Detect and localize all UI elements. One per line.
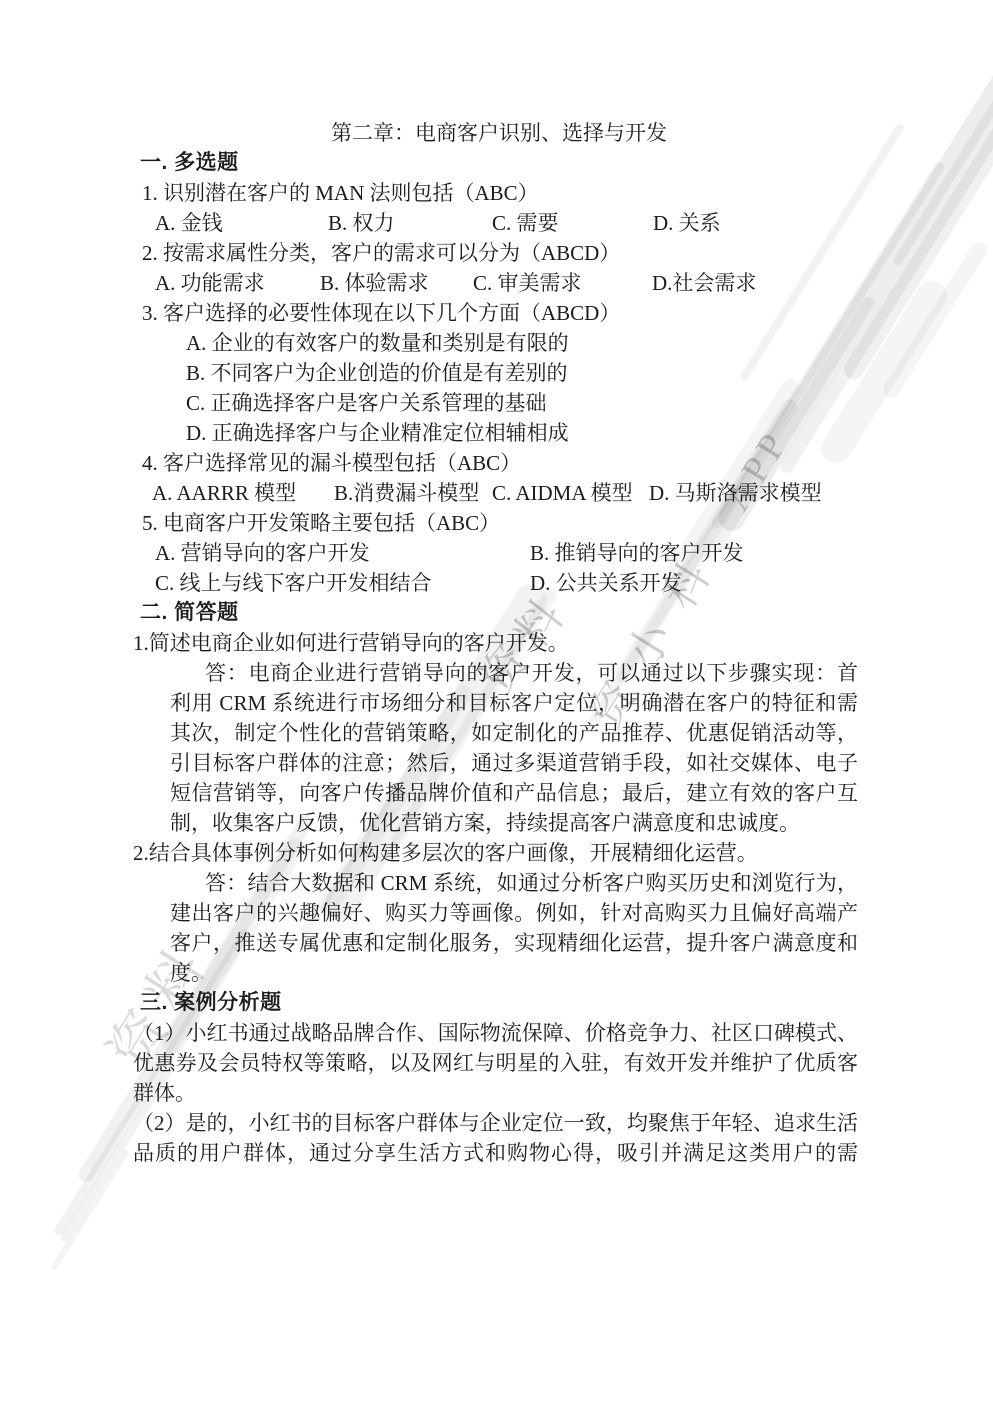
answer-line: 其次，制定个性化的营销策略，如定制化的产品推荐、优惠促销活动等，以吸	[170, 718, 858, 748]
question-stem: 2. 按需求属性分类，客户的需求可以分为（ABCD）	[142, 238, 858, 268]
question-stem: 5. 电商客户开发策略主要包括（ABC）	[142, 508, 858, 538]
case-line: 品质的用户群体，通过分享生活方式和购物心得，吸引并满足这类用户的需求。	[133, 1138, 858, 1168]
question-stem: 3. 客户选择的必要性体现在以下几个方面（ABCD）	[142, 298, 858, 328]
question-stem: 4. 客户选择常见的漏斗模型包括（ABC）	[142, 448, 858, 478]
answer-line: 利用 CRM 系统进行市场细分和目标客户定位，明确潜在客户的特征和需求；	[170, 688, 858, 718]
option: A. 营销导向的客户开发	[155, 538, 530, 568]
option: C. 线上与线下客户开发相结合	[155, 568, 530, 598]
document-body: 第二章：电商客户识别、选择与开发 一. 多选题 1. 识别潜在客户的 MAN 法…	[140, 118, 858, 1168]
option: C. 审美需求	[473, 268, 652, 298]
answer-line: 答：结合大数据和 CRM 系统，如通过分析客户购买历史和浏览行为，构	[205, 868, 858, 898]
watermark-streak	[50, 1149, 129, 1271]
question-options: A. 功能需求 B. 体验需求 C. 审美需求 D.社会需求	[155, 268, 858, 298]
option: C. 需要	[492, 208, 653, 238]
option: D. 关系	[653, 208, 721, 238]
option: D. 正确选择客户与企业精准定位相辅相成	[186, 418, 858, 448]
option: D. 马斯洛需求模型	[649, 478, 822, 508]
answer-line: 答：电商企业进行营销导向的客户开发，可以通过以下步骤实现：首先，	[205, 658, 858, 688]
option: B. 不同客户为企业创造的价值是有差别的	[186, 358, 858, 388]
question-options: A. 金钱 B. 权力 C. 需要 D. 关系	[155, 208, 858, 238]
watermark-streak	[840, 67, 993, 383]
section3-heading: 三. 案例分析题	[140, 988, 858, 1018]
option: B.消费漏斗模型	[334, 478, 492, 508]
document-page: 资料 资小科 APP 资料 第二章：电商客户识别、选择与开发 一. 多选题 1.…	[0, 0, 993, 1404]
section2-heading: 二. 简答题	[140, 598, 858, 628]
question-stem: 1.简述电商企业如何进行营销导向的客户开发。	[133, 628, 858, 658]
answer-line: 建出客户的兴趣偏好、购买力等画像。例如，针对高购买力且偏好高端产品的	[170, 898, 858, 928]
case-line: （1）小红书通过战略品牌合作、国际物流保障、价格竞争力、社区口碑模式、	[133, 1018, 858, 1048]
option: B. 体验需求	[320, 268, 473, 298]
option: A. 功能需求	[155, 268, 320, 298]
page-title: 第二章：电商客户识别、选择与开发	[140, 118, 858, 148]
option: B. 推销导向的客户开发	[530, 538, 744, 568]
option: A. 企业的有效客户的数量和类别是有限的	[186, 328, 858, 358]
question-options: A. AARRR 模型 B.消费漏斗模型 C. AIDMA 模型 D. 马斯洛需…	[152, 478, 858, 508]
option: B. 权力	[328, 208, 492, 238]
watermark-streak	[881, 239, 990, 400]
option: A. AARRR 模型	[152, 478, 334, 508]
option: C. AIDMA 模型	[492, 478, 649, 508]
answer-line: 客户，推送专属优惠和定制化服务，实现精细化运营，提升客户满意度和忠诚	[170, 928, 858, 958]
watermark-streak	[892, 50, 993, 267]
option: D. 公共关系开发	[530, 568, 682, 598]
case-line: 群体。	[133, 1078, 858, 1108]
section1-heading: 一. 多选题	[140, 148, 858, 178]
question-stem: 1. 识别潜在客户的 MAN 法则包括（ABC）	[142, 178, 858, 208]
case-line: 优惠券及会员特权等策略，以及网红与明星的入驻，有效开发并维护了优质客户	[133, 1048, 858, 1078]
option: D.社会需求	[652, 268, 756, 298]
case-line: （2）是的，小红书的目标客户群体与企业定位一致，均聚焦于年轻、追求生活	[133, 1108, 858, 1138]
option: C. 正确选择客户是客户关系管理的基础	[186, 388, 858, 418]
answer-line: 短信营销等，向客户传播品牌价值和产品信息；最后，建立有效的客户互动机	[170, 778, 858, 808]
question-stem: 2.结合具体事例分析如何构建多层次的客户画像，开展精细化运营。	[133, 838, 858, 868]
answer-line: 制，收集客户反馈，优化营销方案，持续提高客户满意度和忠诚度。	[170, 808, 858, 838]
answer-line: 度。	[170, 958, 858, 988]
answer-line: 引目标客户群体的注意；然后，通过多渠道营销手段，如社交媒体、电子邮件、	[170, 748, 858, 778]
question-options: C. 线上与线下客户开发相结合 D. 公共关系开发	[155, 568, 858, 598]
question-options: A. 营销导向的客户开发 B. 推销导向的客户开发	[155, 538, 858, 568]
option: A. 金钱	[155, 208, 328, 238]
